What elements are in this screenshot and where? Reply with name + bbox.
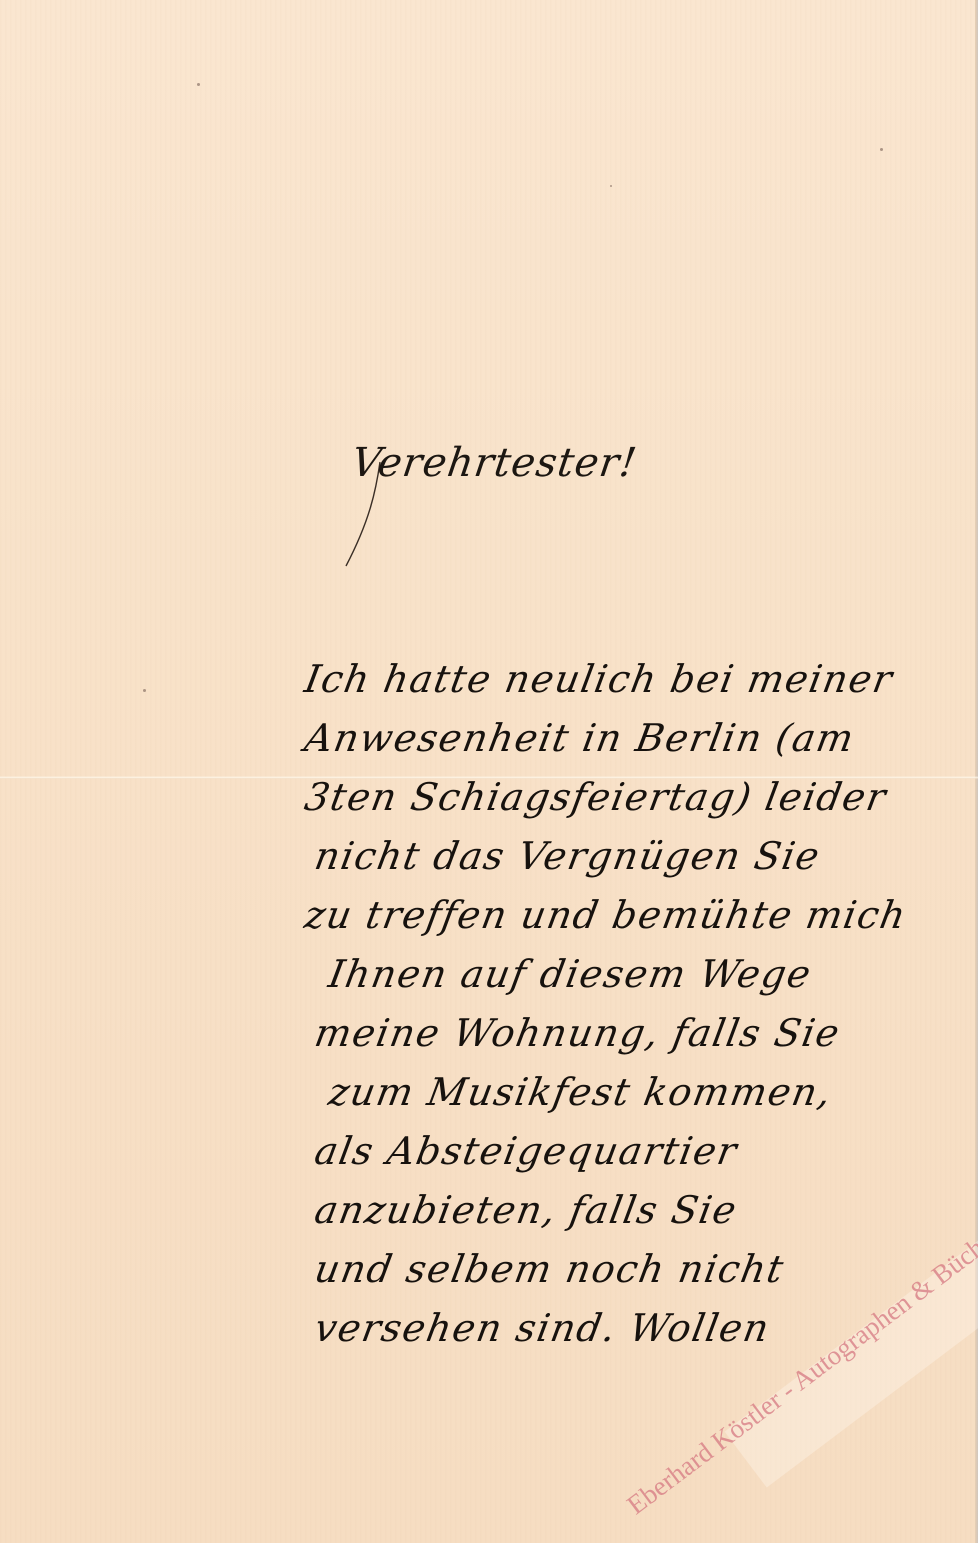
paper-speck [610, 185, 612, 187]
paper-speck [197, 83, 200, 86]
letter-body: Ich hatte neulich bei meiner Anwesenheit… [300, 650, 950, 1358]
letter-line: zu treffen und bemühte mich [300, 886, 960, 945]
paper-speck [143, 689, 146, 692]
letter-line: Ihnen auf diesem Wege [300, 945, 960, 1004]
letter-line: 3ten Schiagsfeiertag) leider [300, 768, 960, 827]
letter-line: meine Wohnung, falls Sie [300, 1004, 960, 1063]
letter-line: anzubieten, falls Sie [300, 1181, 960, 1240]
letter-line: als Absteigequartier [300, 1122, 960, 1181]
letter-salutation: Verehrtester! [349, 440, 640, 486]
paper-speck [880, 148, 883, 151]
letter-line: zum Musikfest kommen, [300, 1063, 960, 1122]
letter-line: Ich hatte neulich bei meiner [300, 650, 960, 709]
letter-line: nicht das Vergnügen Sie [300, 827, 960, 886]
letter-line: Anwesenheit in Berlin (am [300, 709, 960, 768]
letter-line: und selbem noch nicht [300, 1240, 960, 1299]
